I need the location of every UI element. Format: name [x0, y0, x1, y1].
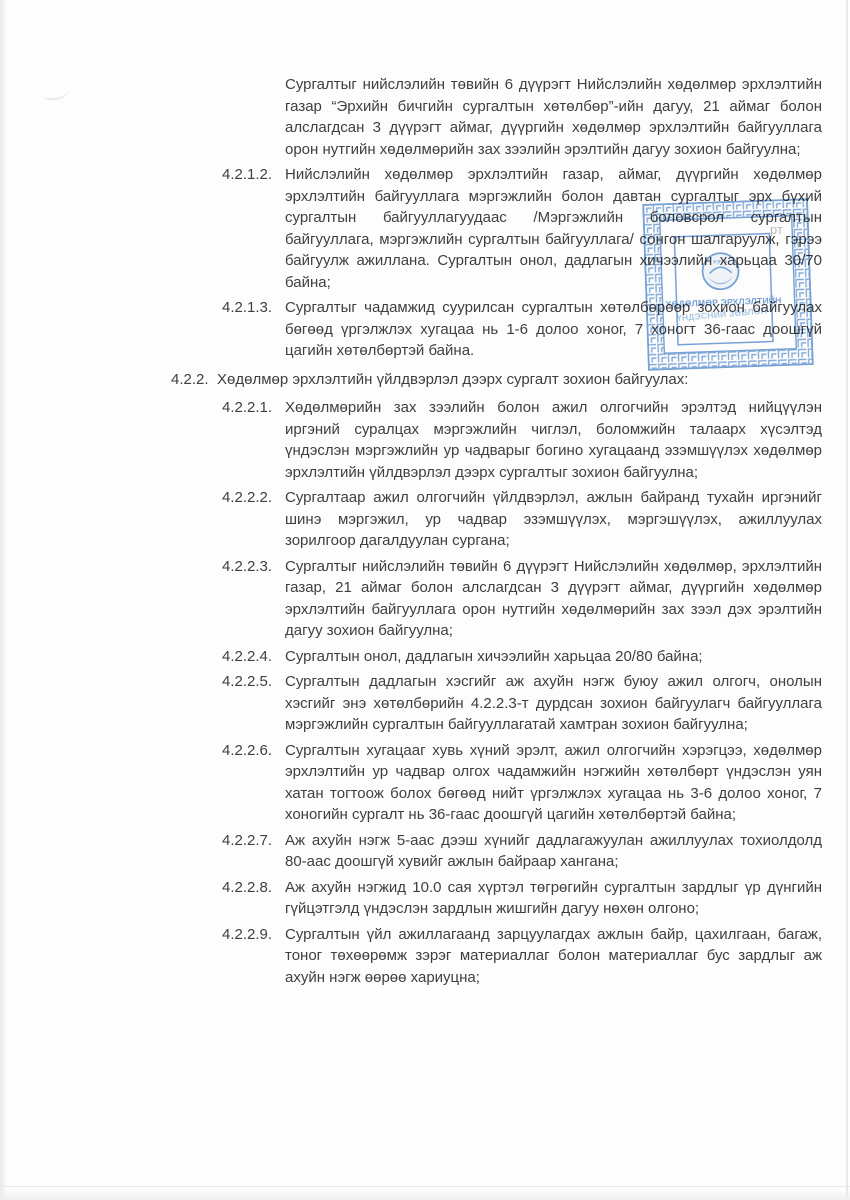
- clause-4-2-1-2: 4.2.1.2. Нийслэлийн хөдөлмөр эрхлэлтийн …: [222, 164, 822, 293]
- clause-number: 4.2.2.8.: [222, 877, 285, 920]
- clause-text: Нийслэлийн хөдөлмөр эрхлэлтийн газар, ай…: [285, 164, 822, 293]
- clause-text: Сургалтын үйл ажиллагаанд зарцуулагдах а…: [285, 924, 822, 989]
- clause-text: Сургалтын хугацааг хувь хүний эрэлт, ажи…: [285, 740, 822, 826]
- scan-edge-bottom: [0, 1190, 850, 1200]
- clause-text: Сургалтыг нийслэлийн төвийн 6 дүүрэгт Ни…: [285, 556, 822, 642]
- clause-4-2-2: 4.2.2. Хөдөлмөр эрхлэлтийн үйлдвэрлэл дэ…: [171, 369, 822, 391]
- clause-4-2-2-9: 4.2.2.9. Сургалтын үйл ажиллагаанд зарцу…: [222, 924, 822, 989]
- scan-edge-bottom-line: [0, 1186, 850, 1187]
- clause-text: Хөдөлмөрийн зах зээлийн болон ажил олгог…: [285, 397, 822, 483]
- clause-number: 4.2.2.4.: [222, 646, 285, 668]
- clause-4-2-2-1: 4.2.2.1. Хөдөлмөрийн зах зээлийн болон а…: [222, 397, 822, 483]
- clause-number: 4.2.2.7.: [222, 830, 285, 873]
- clause-number: 4.2.1.3.: [222, 297, 285, 362]
- clause-4-2-1-3: 4.2.1.3. Сургалтыг чадамжид суурилсан су…: [222, 297, 822, 362]
- clause-text: Сургалтаар ажил олгогчийн үйлдвэрлэл, аж…: [285, 487, 822, 552]
- clause-text: Сургалтын дадлагын хэсгийг аж ахуйн нэгж…: [285, 671, 822, 736]
- clause-number: 4.2.2.5.: [222, 671, 285, 736]
- clause-4-2-2-3: 4.2.2.3. Сургалтыг нийслэлийн төвийн 6 д…: [222, 556, 822, 642]
- scan-edge-right: [846, 0, 848, 1200]
- clause-4-2-2-6: 4.2.2.6. Сургалтын хугацааг хувь хүний э…: [222, 740, 822, 826]
- ink-bleed-text: рт: [770, 222, 783, 237]
- clause-number: 4.2.2.2.: [222, 487, 285, 552]
- clause-text: Хөдөлмөр эрхлэлтийн үйлдвэрлэл дээрх сур…: [217, 369, 822, 391]
- clause-text: Аж ахуйн нэгжид 10.0 сая хүртэл төгрөгий…: [285, 877, 822, 920]
- clause-number: 4.2.2.3.: [222, 556, 285, 642]
- clause-text: Сургалтыг чадамжид суурилсан сургалтын х…: [285, 297, 822, 362]
- clause-4-2-2-5: 4.2.2.5. Сургалтын дадлагын хэсгийг аж а…: [222, 671, 822, 736]
- clause-text: Аж ахуйн нэгж 5-аас дээш хүнийг дадлагаж…: [285, 830, 822, 873]
- clause-number: 4.2.2.: [171, 369, 217, 391]
- clause-4-2-2-4: 4.2.2.4. Сургалтын онол, дадлагын хичээл…: [222, 646, 822, 668]
- scan-edge-left: [0, 0, 7, 1200]
- document-body: Сургалтыг нийслэлийн төвийн 6 дүүрэгт Ни…: [0, 74, 850, 992]
- clause-number: 4.2.2.6.: [222, 740, 285, 826]
- clause-number: 4.2.2.1.: [222, 397, 285, 483]
- clause-number: 4.2.1.2.: [222, 164, 285, 293]
- clause-4-2-2-7: 4.2.2.7. Аж ахуйн нэгж 5-аас дээш хүнийг…: [222, 830, 822, 873]
- clause-4-2-2-2: 4.2.2.2. Сургалтаар ажил олгогчийн үйлдв…: [222, 487, 822, 552]
- clause-text: Сургалтын онол, дадлагын хичээлийн харьц…: [285, 646, 822, 668]
- clause-number: 4.2.2.9.: [222, 924, 285, 989]
- clause-continuation-paragraph: Сургалтыг нийслэлийн төвийн 6 дүүрэгт Ни…: [285, 74, 822, 160]
- scanned-document-page: Сургалтыг нийслэлийн төвийн 6 дүүрэгт Ни…: [0, 0, 850, 1200]
- clause-4-2-2-8: 4.2.2.8. Аж ахуйн нэгжид 10.0 сая хүртэл…: [222, 877, 822, 920]
